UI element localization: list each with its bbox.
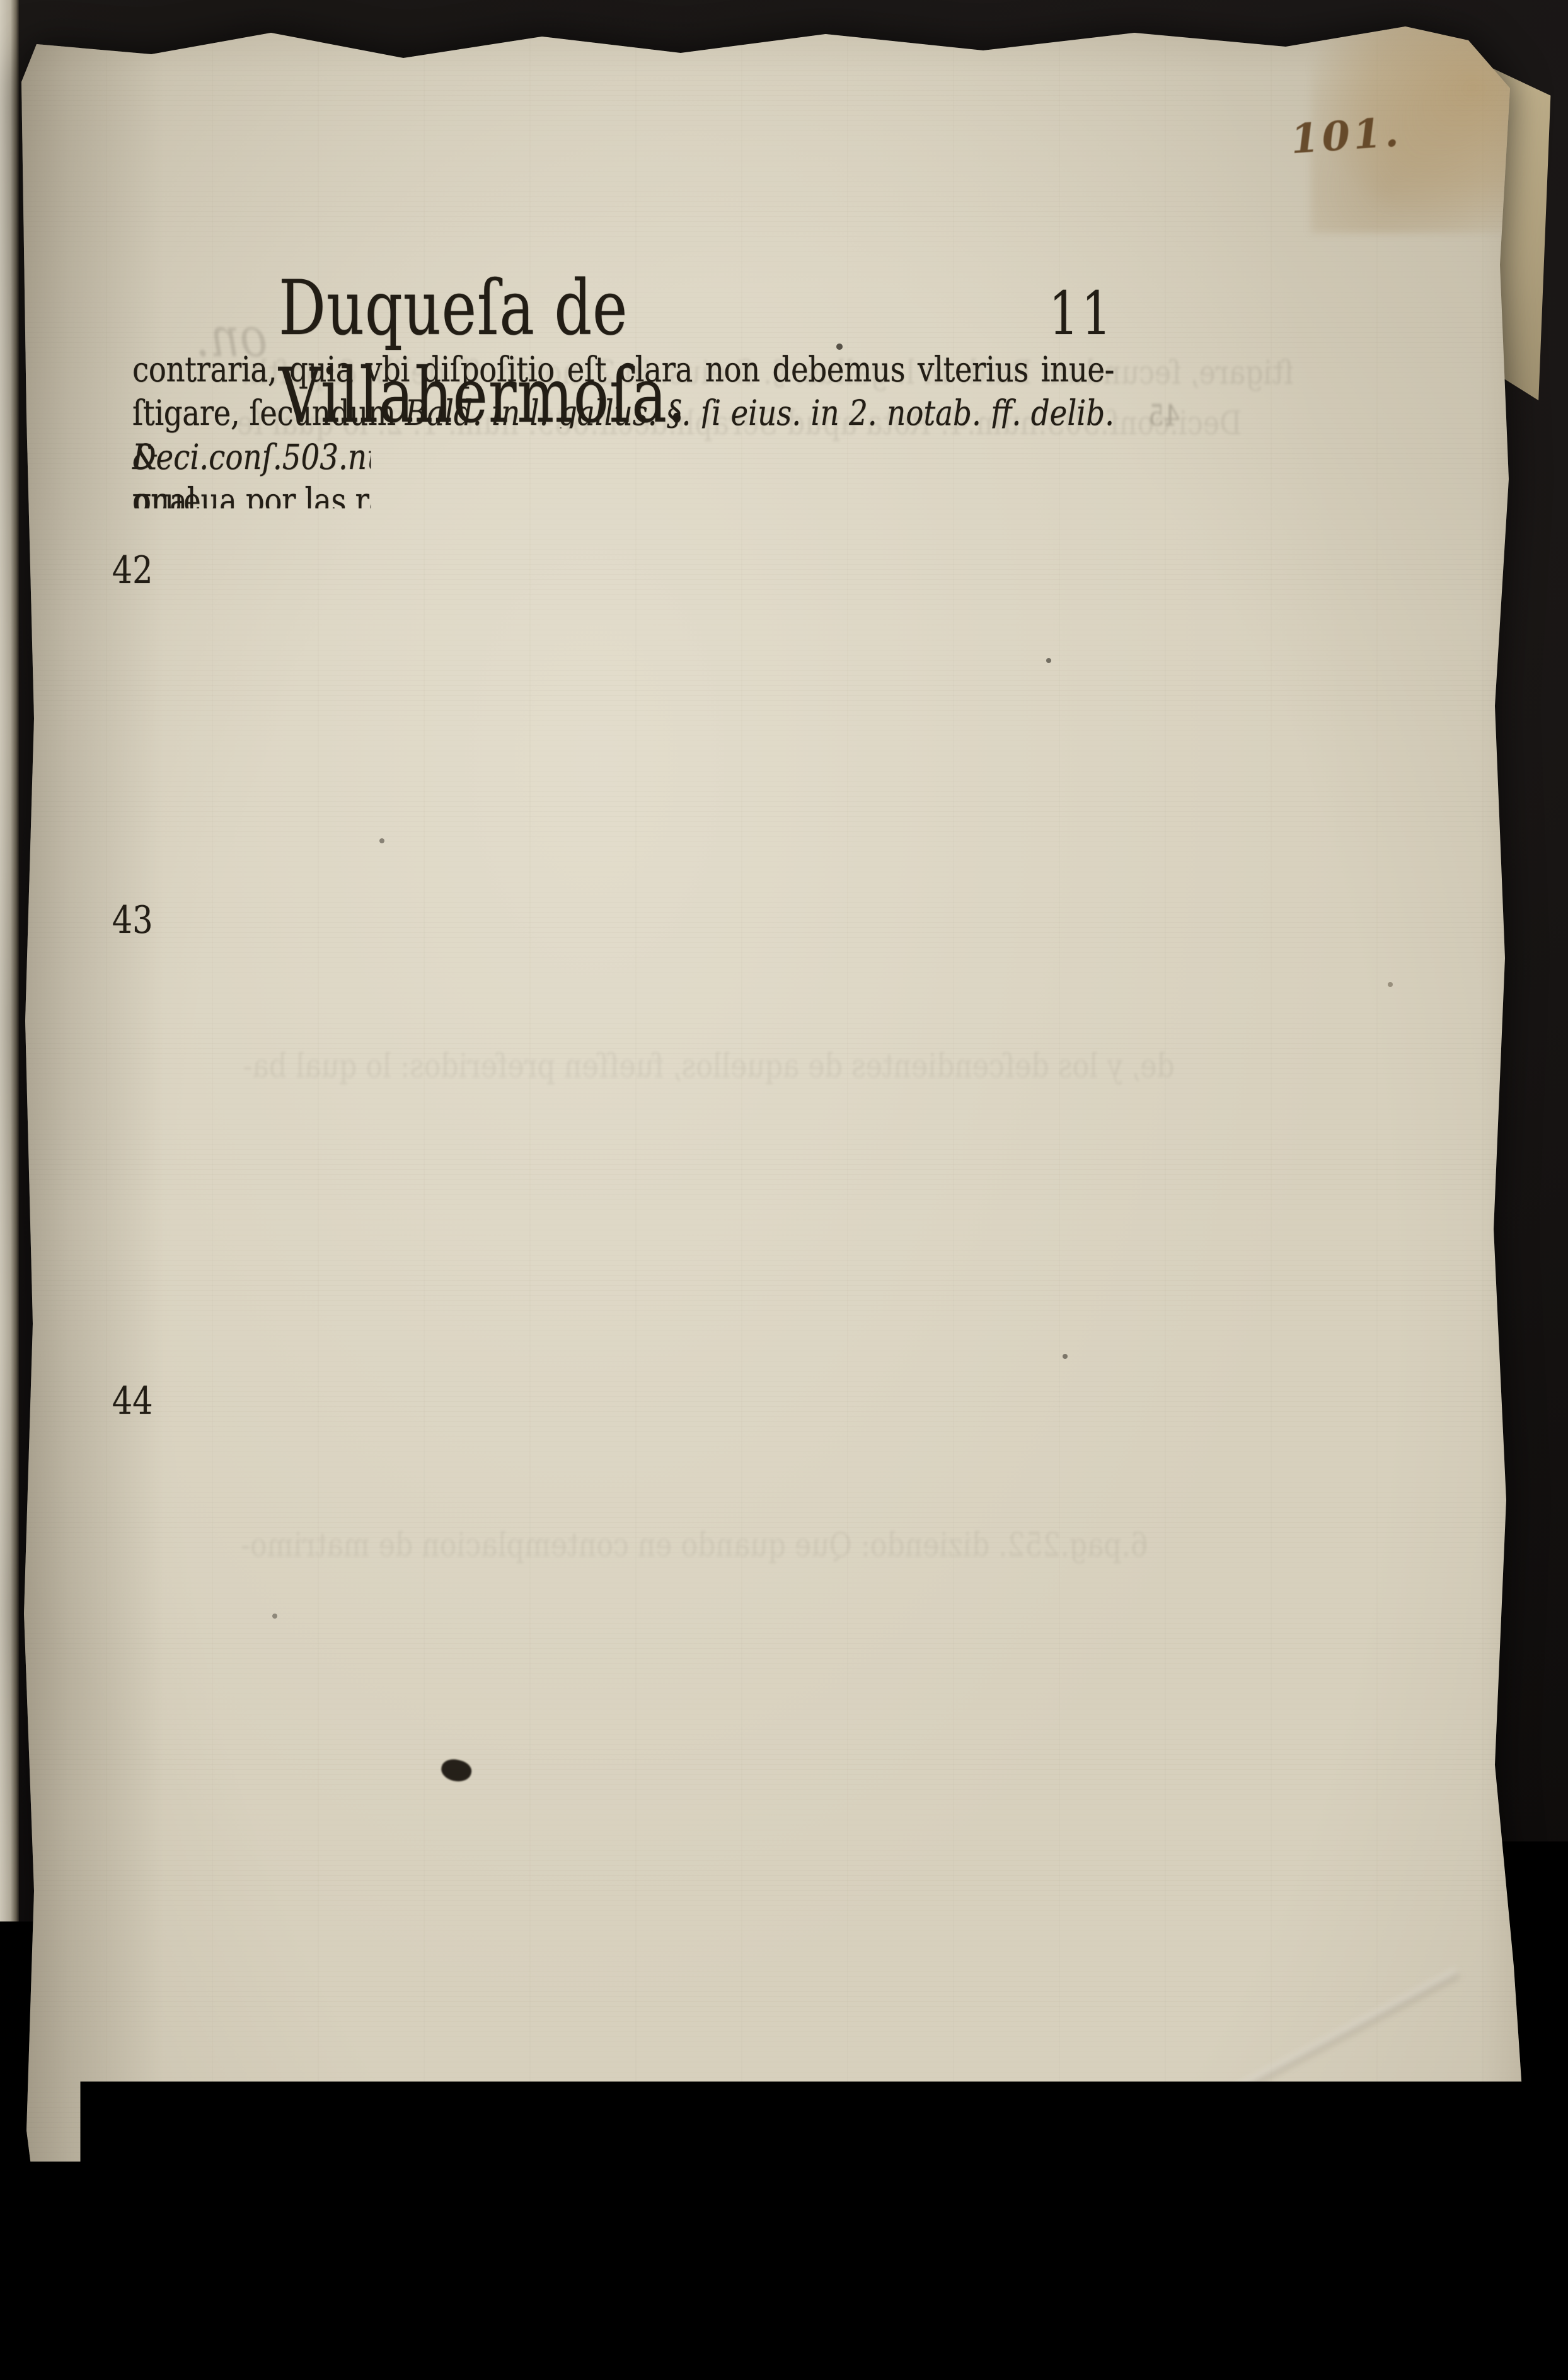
text-line: clauſula 4.glo.9.par.4.num.12.91.fol.110… xyxy=(132,829,1114,872)
printed-page-number: 11 xyxy=(1049,279,1114,349)
text-line: Celſ.vgo.conſ.60.num.11. y eſto es coſa … xyxy=(132,1791,1114,1835)
text-run: Y aſſi no puede ſer eſta prelacion tacit… xyxy=(132,874,1114,915)
text-run: la ſucceſſion los mas remotos a los mas … xyxy=(132,699,1114,739)
text-run: diziendo: Que quando en contemplacion de… xyxy=(291,1530,1114,1571)
text-line: rantur) induze ſucceſſion forçoſa, y nec… xyxy=(132,567,1114,610)
text-run: 6.pag.252. xyxy=(132,1530,291,1571)
text-line: ſta. Y aun mucho menos, para que ſe aya … xyxy=(132,1048,1114,1091)
text-run: Surdo deciſ. 162. in fi. xyxy=(132,1136,476,1177)
text-line: 6.pag.252. diziendo: Que quando en conte… xyxy=(132,1529,1114,1573)
text-line: rus, in l. ſi fratres. 51. §. idem reſpo… xyxy=(132,610,1114,654)
text-line: ne por reprobado el pacto, por el qual v… xyxy=(132,654,1114,698)
text-line: ceſſaria, ex vi pacti , como en terminos… xyxy=(132,1092,1114,1135)
text-run: ) latine ( xyxy=(965,524,1114,565)
text-line: por via de contracto, y donacion inter v… xyxy=(132,1441,1114,1485)
text-run: como lo refiere xyxy=(132,1836,693,1876)
text-run: por palabras expreſſas dixo el pacto, qu… xyxy=(132,961,1114,1002)
text-run: mente a la ſucceſſion de los bienes cont… xyxy=(132,1399,1114,1439)
text-block: contraria, quia vbi diſpoſitio eſt clara… xyxy=(132,348,1114,1922)
paragraph-number: 44 xyxy=(112,1382,171,1420)
text-line: ſtigare, ſecundum Bald. in l. gallus. §.… xyxy=(132,391,1114,435)
paragraph-number: 42 xyxy=(112,552,171,589)
text-line: Primeramente, porque la palabra ( ſean p… xyxy=(132,523,1114,567)
handwritten-folio-number: 101. xyxy=(1289,108,1404,163)
text-run: totam.& gloſ.9.par.4.num.4.64. xyxy=(132,1880,594,1921)
text-run: diſpoſitiua de prelacion, porque como di… xyxy=(132,1268,928,1308)
text-line: libre facultad de teſtar, por entenderſe… xyxy=(132,742,1114,785)
text-line: por palabras expreſſas dixo el pacto, qu… xyxy=(132,960,1114,1003)
text-run: gloſ. in d.l. Lutius. 85. ff. de hæred. … xyxy=(265,918,889,958)
text-run: ſtigare, ſecundum xyxy=(132,393,405,433)
text-line: ua por lo que refiere Ioan de Socarrats … xyxy=(132,1485,1114,1528)
text-run: mente, quia hereditatem tunc ſumitur pro… xyxy=(132,1749,1114,1789)
bottom-edge-stain xyxy=(365,2228,1059,2322)
text-run: ſean preferidos xyxy=(731,524,965,565)
text-run: num. xyxy=(1039,1486,1114,1527)
paper-crease xyxy=(1199,1968,1460,2113)
text-run: dicion los hijos, apegandole algunas con… xyxy=(132,1180,1114,1220)
text-run: forçoſa, ex vi pacti, como declara Fõtan… xyxy=(132,787,1114,827)
text-line: ſidero la gloſ. in d.l. Lutius. 85. ff. … xyxy=(132,916,1114,960)
text-run: prelatio non poteſt eſſe ſine expreſſa v… xyxy=(132,1312,827,1352)
text-line: nio, en los pactos nuptiales, ſe haze pa… xyxy=(132,1573,1114,1616)
text-line: mente a la ſucceſſion de los bienes cont… xyxy=(132,1397,1114,1441)
text-line: Y que eſte modo de preferir ſea lo miſmo… xyxy=(132,1354,1114,1397)
text-line: como lo refiere Cancer.1.tom.cap.7.num.8… xyxy=(132,1835,1114,1878)
text-run: ceſſaria, ex vi pacti , como en terminos… xyxy=(132,1093,1114,1133)
text-line: paternales, no ſe puede entender de ſola… xyxy=(132,1660,1114,1704)
text-line: forçoſa, ex vi pacti, como declara Fõtan… xyxy=(132,785,1114,829)
text-run: Deci.conſ.503.num.4. Rota apud Seraph.de… xyxy=(132,437,1088,477)
page-wrapper: on.45ſtigare, ſecundum Bald. in l. gallu… xyxy=(0,0,1568,2380)
text-line: totam.& gloſ.9.par.4.num.4.64. xyxy=(132,1879,1114,1922)
text-run: que eſten llamados, a fortiori, ſera lo … xyxy=(132,1224,1114,1264)
text-run: Celſ.vgo.conſ.60.num.11. xyxy=(132,1793,507,1833)
text-line: los hijos de aquel matrimonio , queden h… xyxy=(132,1616,1114,1660)
text-run: contraria, quia vbi diſpoſitio eſt clara… xyxy=(132,349,1114,390)
text-run: de, y los deſcendientes de aquellos, fue… xyxy=(132,1005,1114,1046)
text-run: nio, en los pactos nuptiales, ſe haze pa… xyxy=(132,1574,1114,1614)
text-line: la ſucceſſion los mas remotos a los mas … xyxy=(132,698,1114,741)
text-line: diſpoſitiua de prelacion, porque como di… xyxy=(132,1266,1114,1310)
text-run: prueua por las razones ſiguientes. xyxy=(132,480,633,521)
scanned-book-page-photo: on.45ſtigare, ſecundum Bald. in l. gallu… xyxy=(0,0,1568,2380)
text-run: ua por lo que refiere Ioan de Socarrats … xyxy=(132,1486,1039,1527)
text-line: contraria, quia vbi diſpoſitio eſt clara… xyxy=(132,348,1114,391)
text-run: Primeramente, porque la palabra ( xyxy=(183,524,731,565)
text-run: rus, xyxy=(132,611,200,652)
text-line: Deci.conſ.503.num.4. Rota apud Seraph.de… xyxy=(132,436,1114,479)
text-run: por via de contracto, y donacion inter v… xyxy=(132,1443,1114,1483)
text-run: ex teſtamento, vel ab inteſtato, ſino qu… xyxy=(132,1705,1114,1745)
text-run: ne por reprobado el pacto, por el qual v… xyxy=(132,656,1114,696)
text-line: ex teſtamento, vel ab inteſtato, ſino qu… xyxy=(132,1704,1114,1747)
text-line: Surdo deciſ. 162. in fi. donde dize, que… xyxy=(132,1135,1114,1179)
text-run: in l. ſi fratres. 51. §. idem reſpondit … xyxy=(200,611,1114,652)
text-line: Y aſſi no puede ſer eſta prelacion tacit… xyxy=(132,873,1114,916)
text-line: prelatio non poteſt eſſe ſine expreſſa v… xyxy=(132,1310,1114,1354)
text-run: paternales, no ſe puede entender de ſola… xyxy=(132,1661,1114,1702)
text-run: Y que eſte modo de preferir ſea lo miſmo… xyxy=(183,1355,1114,1395)
text-run: los hijos de aquel matrimonio , queden h… xyxy=(132,1617,1114,1658)
text-line: que eſten llamados, a fortiori, ſera lo … xyxy=(132,1223,1114,1266)
text-line: dicion los hijos, apegandole algunas con… xyxy=(132,1179,1114,1222)
text-line: mente, quia hereditatem tunc ſumitur pro… xyxy=(132,1748,1114,1791)
text-run: libre facultad de teſtar, por entenderſe… xyxy=(132,743,1114,783)
paragraph-number: 43 xyxy=(112,901,171,939)
text-line: de, y los deſcendientes de aquellos, fue… xyxy=(132,1004,1114,1048)
book-page: on.45ſtigare, ſecundum Bald. in l. gallu… xyxy=(0,0,1568,2380)
bleedthrough-text: 45 xyxy=(1148,398,1180,432)
ink-specks xyxy=(0,0,3,3)
